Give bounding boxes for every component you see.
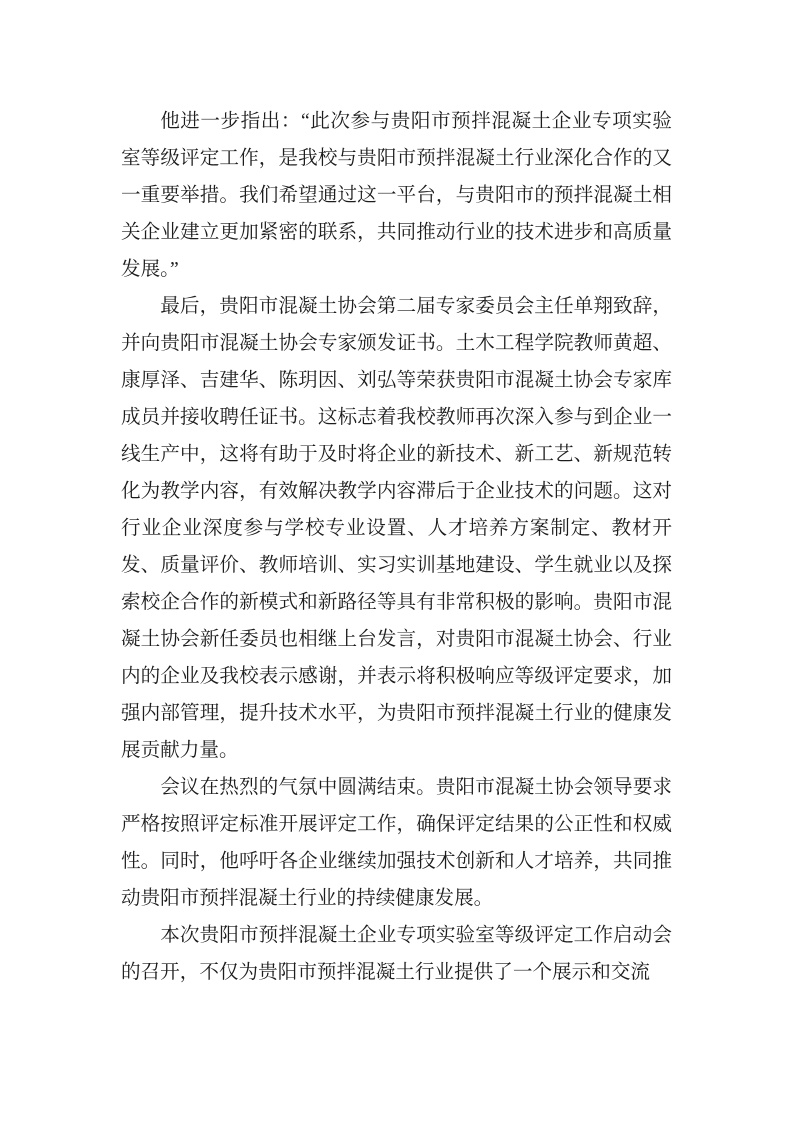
paragraph-meeting-conclusion: 会议在热烈的气氛中圆满结束。贵阳市混凝土协会领导要求严格按照评定标准开展评定工作… (121, 769, 672, 917)
document-text-block: 他进一步指出：“此次参与贵阳市预拌混凝土企业专项实验室等级评定工作，是我校与贵阳… (121, 103, 672, 991)
document-page: 他进一步指出：“此次参与贵阳市预拌混凝土企业专项实验室等级评定工作，是我校与贵阳… (0, 0, 793, 1122)
paragraph-speech-quote: 他进一步指出：“此次参与贵阳市预拌混凝土企业专项实验室等级评定工作，是我校与贵阳… (121, 103, 672, 288)
paragraph-closing-summary: 本次贵阳市预拌混凝土企业专项实验室等级评定工作启动会的召开，不仅为贵阳市预拌混凝… (121, 917, 672, 991)
paragraph-ceremony-certificates: 最后，贵阳市混凝土协会第二届专家委员会主任单翔致辞，并向贵阳市混凝土协会专家颁发… (121, 288, 672, 769)
